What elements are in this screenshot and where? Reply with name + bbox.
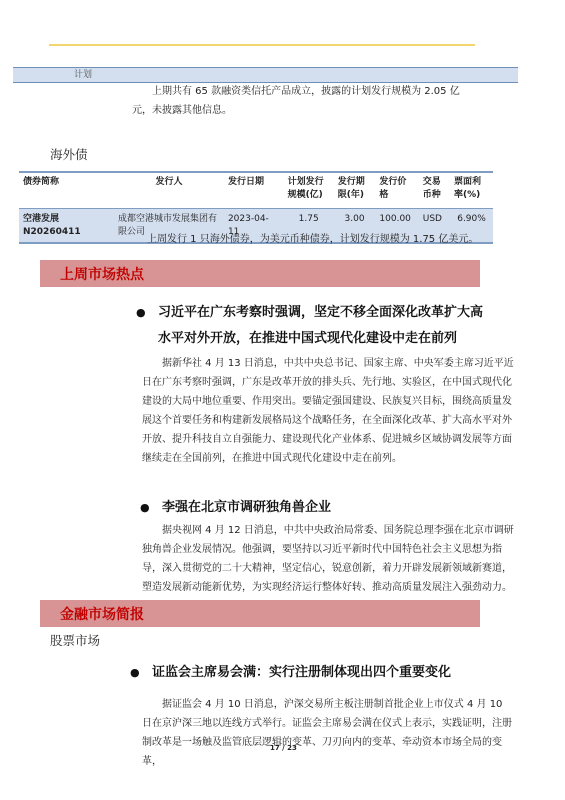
bullet-icon: ● (140, 495, 150, 521)
col-price: 发行价格 (375, 172, 418, 209)
bullet-icon: ● (136, 300, 146, 326)
news-title: ● 习近平在广东考察时强调，坚定不移全面深化改革扩大高水平对外开放，在推进中国式… (158, 300, 488, 352)
news-body: 据新华社 4 月 13 日消息，中共中央总书记、国家主席、中央军委主席习近平近日… (142, 354, 514, 468)
stock-market-heading: 股票市场 (50, 631, 100, 649)
col-short-name: 债券简称 (19, 172, 114, 209)
news-title: ● 李强在北京市调研独角兽企业 (162, 495, 492, 521)
col-issuer: 发行人 (114, 172, 224, 209)
section-title: 上周市场热点 (60, 264, 144, 284)
section-bar-hot-topics: 上周市场热点 (40, 260, 480, 287)
table-header-row: 债券简称 发行人 发行日期 计划发行规模(亿) 发行期限(年) 发行价格 交易币… (19, 172, 493, 209)
overseas-summary-paragraph: 上周发行 1 只海外债券，为美元币种债券，计划发行规模为 1.75 亿美元。 (147, 230, 527, 249)
col-coupon: 票面利率(%) (450, 172, 493, 209)
plan-table-row: 计划 (13, 67, 518, 83)
trust-summary-paragraph: 上期共有 65 款融资类信托产品成立，披露的计划发行规模为 2.05 亿元，未披… (132, 82, 477, 120)
col-issue-date: 发行日期 (224, 172, 284, 209)
news-title-text: 习近平在广东考察时强调，坚定不移全面深化改革扩大高水平对外开放，在推进中国式现代… (158, 305, 483, 346)
section-bar-financial-brief: 金融市场简报 (40, 600, 480, 627)
news-title: ● 证监会主席易会满：实行注册制体现出四个重要变化 (152, 660, 482, 686)
news-title-text: 李强在北京市调研独角兽企业 (162, 500, 331, 515)
page-number: 17 / 23 (270, 744, 297, 752)
news-body: 据证监会 4 月 10 日消息，沪深交易所主板注册制首批企业上市仪式 4 月 1… (142, 695, 514, 771)
news-body: 据央视网 4 月 12 日消息，中共中央政治局常委、国务院总理李强在北京市调研独… (142, 521, 514, 597)
news-title-text: 证监会主席易会满：实行注册制体现出四个重要变化 (152, 665, 451, 680)
col-currency: 交易币种 (419, 172, 450, 209)
cell-short-name: 空港发展 N20260411 (19, 209, 114, 244)
header-rule (49, 44, 475, 46)
section-title: 金融市场简报 (60, 604, 144, 624)
overseas-bonds-heading: 海外债 (50, 145, 88, 163)
bullet-icon: ● (130, 660, 140, 686)
plan-row-label: 计划 (74, 68, 92, 82)
col-term: 发行期限(年) (334, 172, 376, 209)
col-planned-size: 计划发行规模(亿) (284, 172, 334, 209)
